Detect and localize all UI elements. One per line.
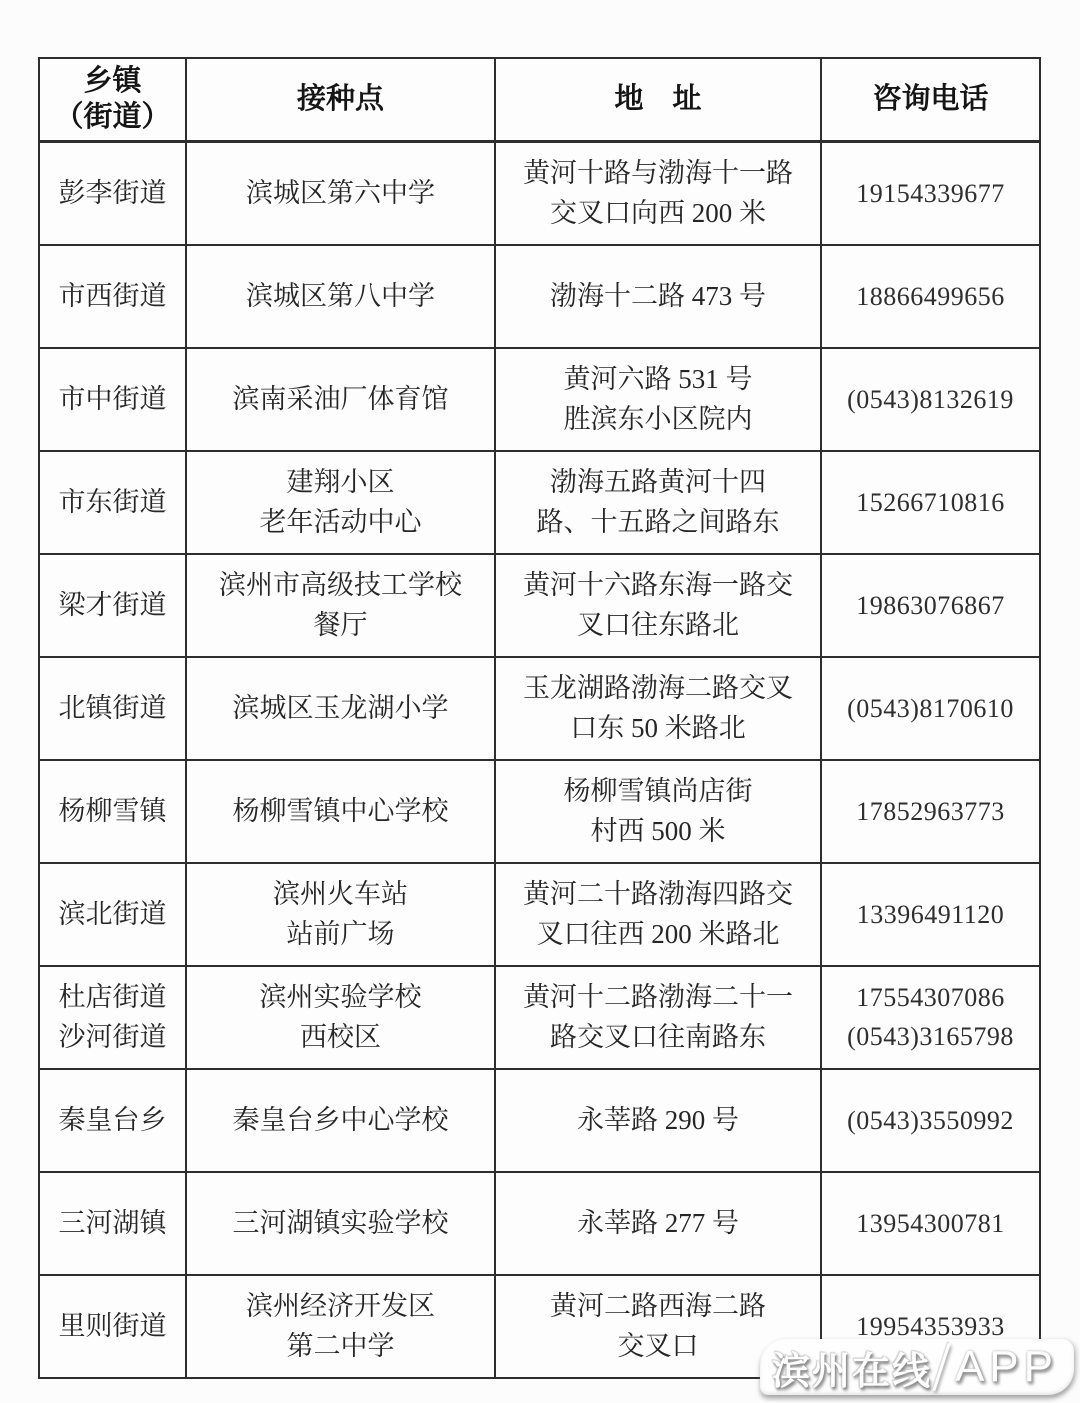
cell-line: 交叉口向西 200 米	[502, 193, 814, 234]
watermark-brand-label: 滨州在线	[772, 1340, 932, 1395]
cell-line: 老年活动中心	[193, 502, 488, 543]
cell-line: 叉口往西 200 米路北	[502, 914, 814, 955]
cell-site: 滨城区第八中学	[186, 245, 495, 348]
cell-line: 餐厅	[193, 605, 488, 646]
cell-site: 滨州火车站站前广场	[186, 863, 495, 966]
cell-line: 滨城区玉龙湖小学	[193, 688, 488, 729]
cell-line: 黄河二路西海二路	[502, 1286, 814, 1327]
cell-phone: 17852963773	[821, 760, 1040, 863]
cell-line: (0543)8132619	[828, 380, 1033, 419]
watermark-app-label: APP	[955, 1342, 1058, 1392]
watermark-slash-icon	[932, 1343, 950, 1391]
cell-line: 市西街道	[46, 276, 179, 317]
cell-line: 黄河六路 531 号	[502, 359, 814, 400]
cell-line: (0543)3165798	[828, 1017, 1033, 1056]
header-cell-address: 地 址	[495, 58, 821, 141]
cell-line: 永莘路 290 号	[502, 1100, 814, 1141]
cell-line: 市东街道	[46, 482, 179, 523]
cell-address: 黄河十六路东海一路交叉口往东路北	[495, 554, 821, 657]
header-cell-phone: 咨询电话	[821, 58, 1040, 141]
cell-line: 永莘路 277 号	[502, 1203, 814, 1244]
table-row: 彭李街道滨城区第六中学黄河十路与渤海十一路交叉口向西 200 米19154339…	[39, 141, 1040, 245]
cell-site: 秦皇台乡中心学校	[186, 1069, 495, 1172]
cell-line: 滨北街道	[46, 894, 179, 935]
table-body: 彭李街道滨城区第六中学黄河十路与渤海十一路交叉口向西 200 米19154339…	[39, 141, 1040, 1378]
cell-line: 站前广场	[193, 914, 488, 955]
cell-line: 19863076867	[828, 586, 1033, 625]
cell-line: 杨柳雪镇中心学校	[193, 791, 488, 832]
cell-line: 黄河二十路渤海四路交	[502, 874, 814, 915]
cell-line: 17554307086	[828, 978, 1033, 1017]
cell-township: 秦皇台乡	[39, 1069, 186, 1172]
cell-township: 市西街道	[39, 245, 186, 348]
cell-line: 叉口往东路北	[502, 605, 814, 646]
cell-line: 路、十五路之间路东	[502, 502, 814, 543]
cell-site: 滨城区第六中学	[186, 141, 495, 245]
cell-line: 滨州经济开发区	[193, 1286, 488, 1327]
cell-phone: (0543)3550992	[821, 1069, 1040, 1172]
cell-address: 黄河十二路渤海二十一路交叉口往南路东	[495, 966, 821, 1069]
cell-township: 滨北街道	[39, 863, 186, 966]
cell-line: 口东 50 米路北	[502, 708, 814, 749]
table-row: 市西街道滨城区第八中学渤海十二路 473 号18866499656	[39, 245, 1040, 348]
cell-line: 渤海五路黄河十四	[502, 462, 814, 503]
cell-line: 17852963773	[828, 792, 1033, 831]
cell-line: 18866499656	[828, 277, 1033, 316]
cell-line: 滨州实验学校	[193, 977, 488, 1018]
cell-line: 19154339677	[828, 174, 1033, 213]
cell-line: (0543)3550992	[828, 1101, 1033, 1140]
cell-line: 三河湖镇	[46, 1203, 179, 1244]
table-row: 滨北街道滨州火车站站前广场黄河二十路渤海四路交叉口往西 200 米路北13396…	[39, 863, 1040, 966]
cell-line: 第二中学	[193, 1326, 488, 1367]
header-row: 乡镇 （街道） 接种点 地 址 咨询电话	[39, 58, 1040, 141]
header-line: 乡镇	[46, 63, 179, 99]
cell-site: 建翔小区老年活动中心	[186, 451, 495, 554]
header-cell-township: 乡镇 （街道）	[39, 58, 186, 141]
cell-phone: 17554307086(0543)3165798	[821, 966, 1040, 1069]
cell-line: 黄河十路与渤海十一路	[502, 153, 814, 194]
cell-line: (0543)8170610	[828, 689, 1033, 728]
cell-address: 永莘路 277 号	[495, 1172, 821, 1275]
cell-line: 杜店街道	[46, 977, 179, 1018]
cell-address: 杨柳雪镇尚店街村西 500 米	[495, 760, 821, 863]
cell-line: 梁才街道	[46, 585, 179, 626]
table-row: 三河湖镇三河湖镇实验学校永莘路 277 号13954300781	[39, 1172, 1040, 1275]
cell-line: 胜滨东小区院内	[502, 399, 814, 440]
cell-line: 滨南采油厂体育馆	[193, 379, 488, 420]
cell-site: 滨州市高级技工学校餐厅	[186, 554, 495, 657]
cell-phone: 13396491120	[821, 863, 1040, 966]
cell-line: 15266710816	[828, 483, 1033, 522]
cell-line: 路交叉口往南路东	[502, 1017, 814, 1058]
cell-line: 市中街道	[46, 379, 179, 420]
cell-address: 渤海十二路 473 号	[495, 245, 821, 348]
cell-line: 黄河十六路东海一路交	[502, 565, 814, 606]
cell-line: 北镇街道	[46, 688, 179, 729]
cell-line: 滨州市高级技工学校	[193, 565, 488, 606]
cell-line: 杨柳雪镇	[46, 791, 179, 832]
cell-phone: 13954300781	[821, 1172, 1040, 1275]
cell-address: 黄河六路 531 号胜滨东小区院内	[495, 348, 821, 451]
cell-line: 里则街道	[46, 1306, 179, 1347]
cell-site: 三河湖镇实验学校	[186, 1172, 495, 1275]
table-row: 市中街道滨南采油厂体育馆黄河六路 531 号胜滨东小区院内(0543)81326…	[39, 348, 1040, 451]
cell-line: 杨柳雪镇尚店街	[502, 771, 814, 812]
cell-site: 杨柳雪镇中心学校	[186, 760, 495, 863]
header-line: 咨询电话	[828, 81, 1033, 117]
header-line: 地 址	[502, 81, 814, 117]
cell-township: 市东街道	[39, 451, 186, 554]
cell-township: 杨柳雪镇	[39, 760, 186, 863]
cell-line: 滨城区第六中学	[193, 173, 488, 214]
cell-township: 市中街道	[39, 348, 186, 451]
cell-line: 13396491120	[828, 895, 1033, 934]
cell-line: 彭李街道	[46, 173, 179, 214]
cell-address: 永莘路 290 号	[495, 1069, 821, 1172]
table-row: 杜店街道沙河街道滨州实验学校西校区黄河十二路渤海二十一路交叉口往南路东17554…	[39, 966, 1040, 1069]
cell-site: 滨州经济开发区第二中学	[186, 1275, 495, 1378]
page: 乡镇 （街道） 接种点 地 址 咨询电话 彭李街道滨城区第六中学黄河十路与渤海十…	[0, 0, 1080, 1403]
table-row: 北镇街道滨城区玉龙湖小学玉龙湖路渤海二路交叉口东 50 米路北(0543)817…	[39, 657, 1040, 760]
cell-line: 滨州火车站	[193, 874, 488, 915]
cell-line: 三河湖镇实验学校	[193, 1203, 488, 1244]
header-line: （街道）	[46, 99, 179, 135]
header-line: 接种点	[193, 81, 488, 117]
table-row: 梁才街道滨州市高级技工学校餐厅黄河十六路东海一路交叉口往东路北198630768…	[39, 554, 1040, 657]
cell-line: 渤海十二路 473 号	[502, 276, 814, 317]
cell-phone: 19154339677	[821, 141, 1040, 245]
cell-address: 渤海五路黄河十四路、十五路之间路东	[495, 451, 821, 554]
cell-line: 13954300781	[828, 1204, 1033, 1243]
cell-phone: 18866499656	[821, 245, 1040, 348]
cell-township: 北镇街道	[39, 657, 186, 760]
header-cell-site: 接种点	[186, 58, 495, 141]
cell-site: 滨城区玉龙湖小学	[186, 657, 495, 760]
cell-line: 西校区	[193, 1017, 488, 1058]
cell-phone: (0543)8170610	[821, 657, 1040, 760]
cell-line: 秦皇台乡	[46, 1100, 179, 1141]
vaccination-sites-table: 乡镇 （街道） 接种点 地 址 咨询电话 彭李街道滨城区第六中学黄河十路与渤海十…	[38, 57, 1041, 1379]
cell-township: 三河湖镇	[39, 1172, 186, 1275]
cell-township: 梁才街道	[39, 554, 186, 657]
cell-phone: (0543)8132619	[821, 348, 1040, 451]
table-row: 市东街道建翔小区老年活动中心渤海五路黄河十四路、十五路之间路东152667108…	[39, 451, 1040, 554]
cell-address: 玉龙湖路渤海二路交叉口东 50 米路北	[495, 657, 821, 760]
table-row: 秦皇台乡秦皇台乡中心学校永莘路 290 号(0543)3550992	[39, 1069, 1040, 1172]
cell-line: 沙河街道	[46, 1017, 179, 1058]
cell-site: 滨南采油厂体育馆	[186, 348, 495, 451]
cell-line: 玉龙湖路渤海二路交叉	[502, 668, 814, 709]
cell-township: 里则街道	[39, 1275, 186, 1378]
cell-township: 彭李街道	[39, 141, 186, 245]
table-row: 杨柳雪镇杨柳雪镇中心学校杨柳雪镇尚店街村西 500 米17852963773	[39, 760, 1040, 863]
cell-address: 黄河二十路渤海四路交叉口往西 200 米路北	[495, 863, 821, 966]
cell-phone: 15266710816	[821, 451, 1040, 554]
cell-site: 滨州实验学校西校区	[186, 966, 495, 1069]
cell-line: 黄河十二路渤海二十一	[502, 977, 814, 1018]
watermark: 滨州在线 APP	[760, 1339, 1074, 1395]
cell-phone: 19863076867	[821, 554, 1040, 657]
cell-line: 村西 500 米	[502, 811, 814, 852]
cell-line: 建翔小区	[193, 462, 488, 503]
cell-line: 秦皇台乡中心学校	[193, 1100, 488, 1141]
cell-address: 黄河十路与渤海十一路交叉口向西 200 米	[495, 141, 821, 245]
cell-line: 滨城区第八中学	[193, 276, 488, 317]
cell-township: 杜店街道沙河街道	[39, 966, 186, 1069]
